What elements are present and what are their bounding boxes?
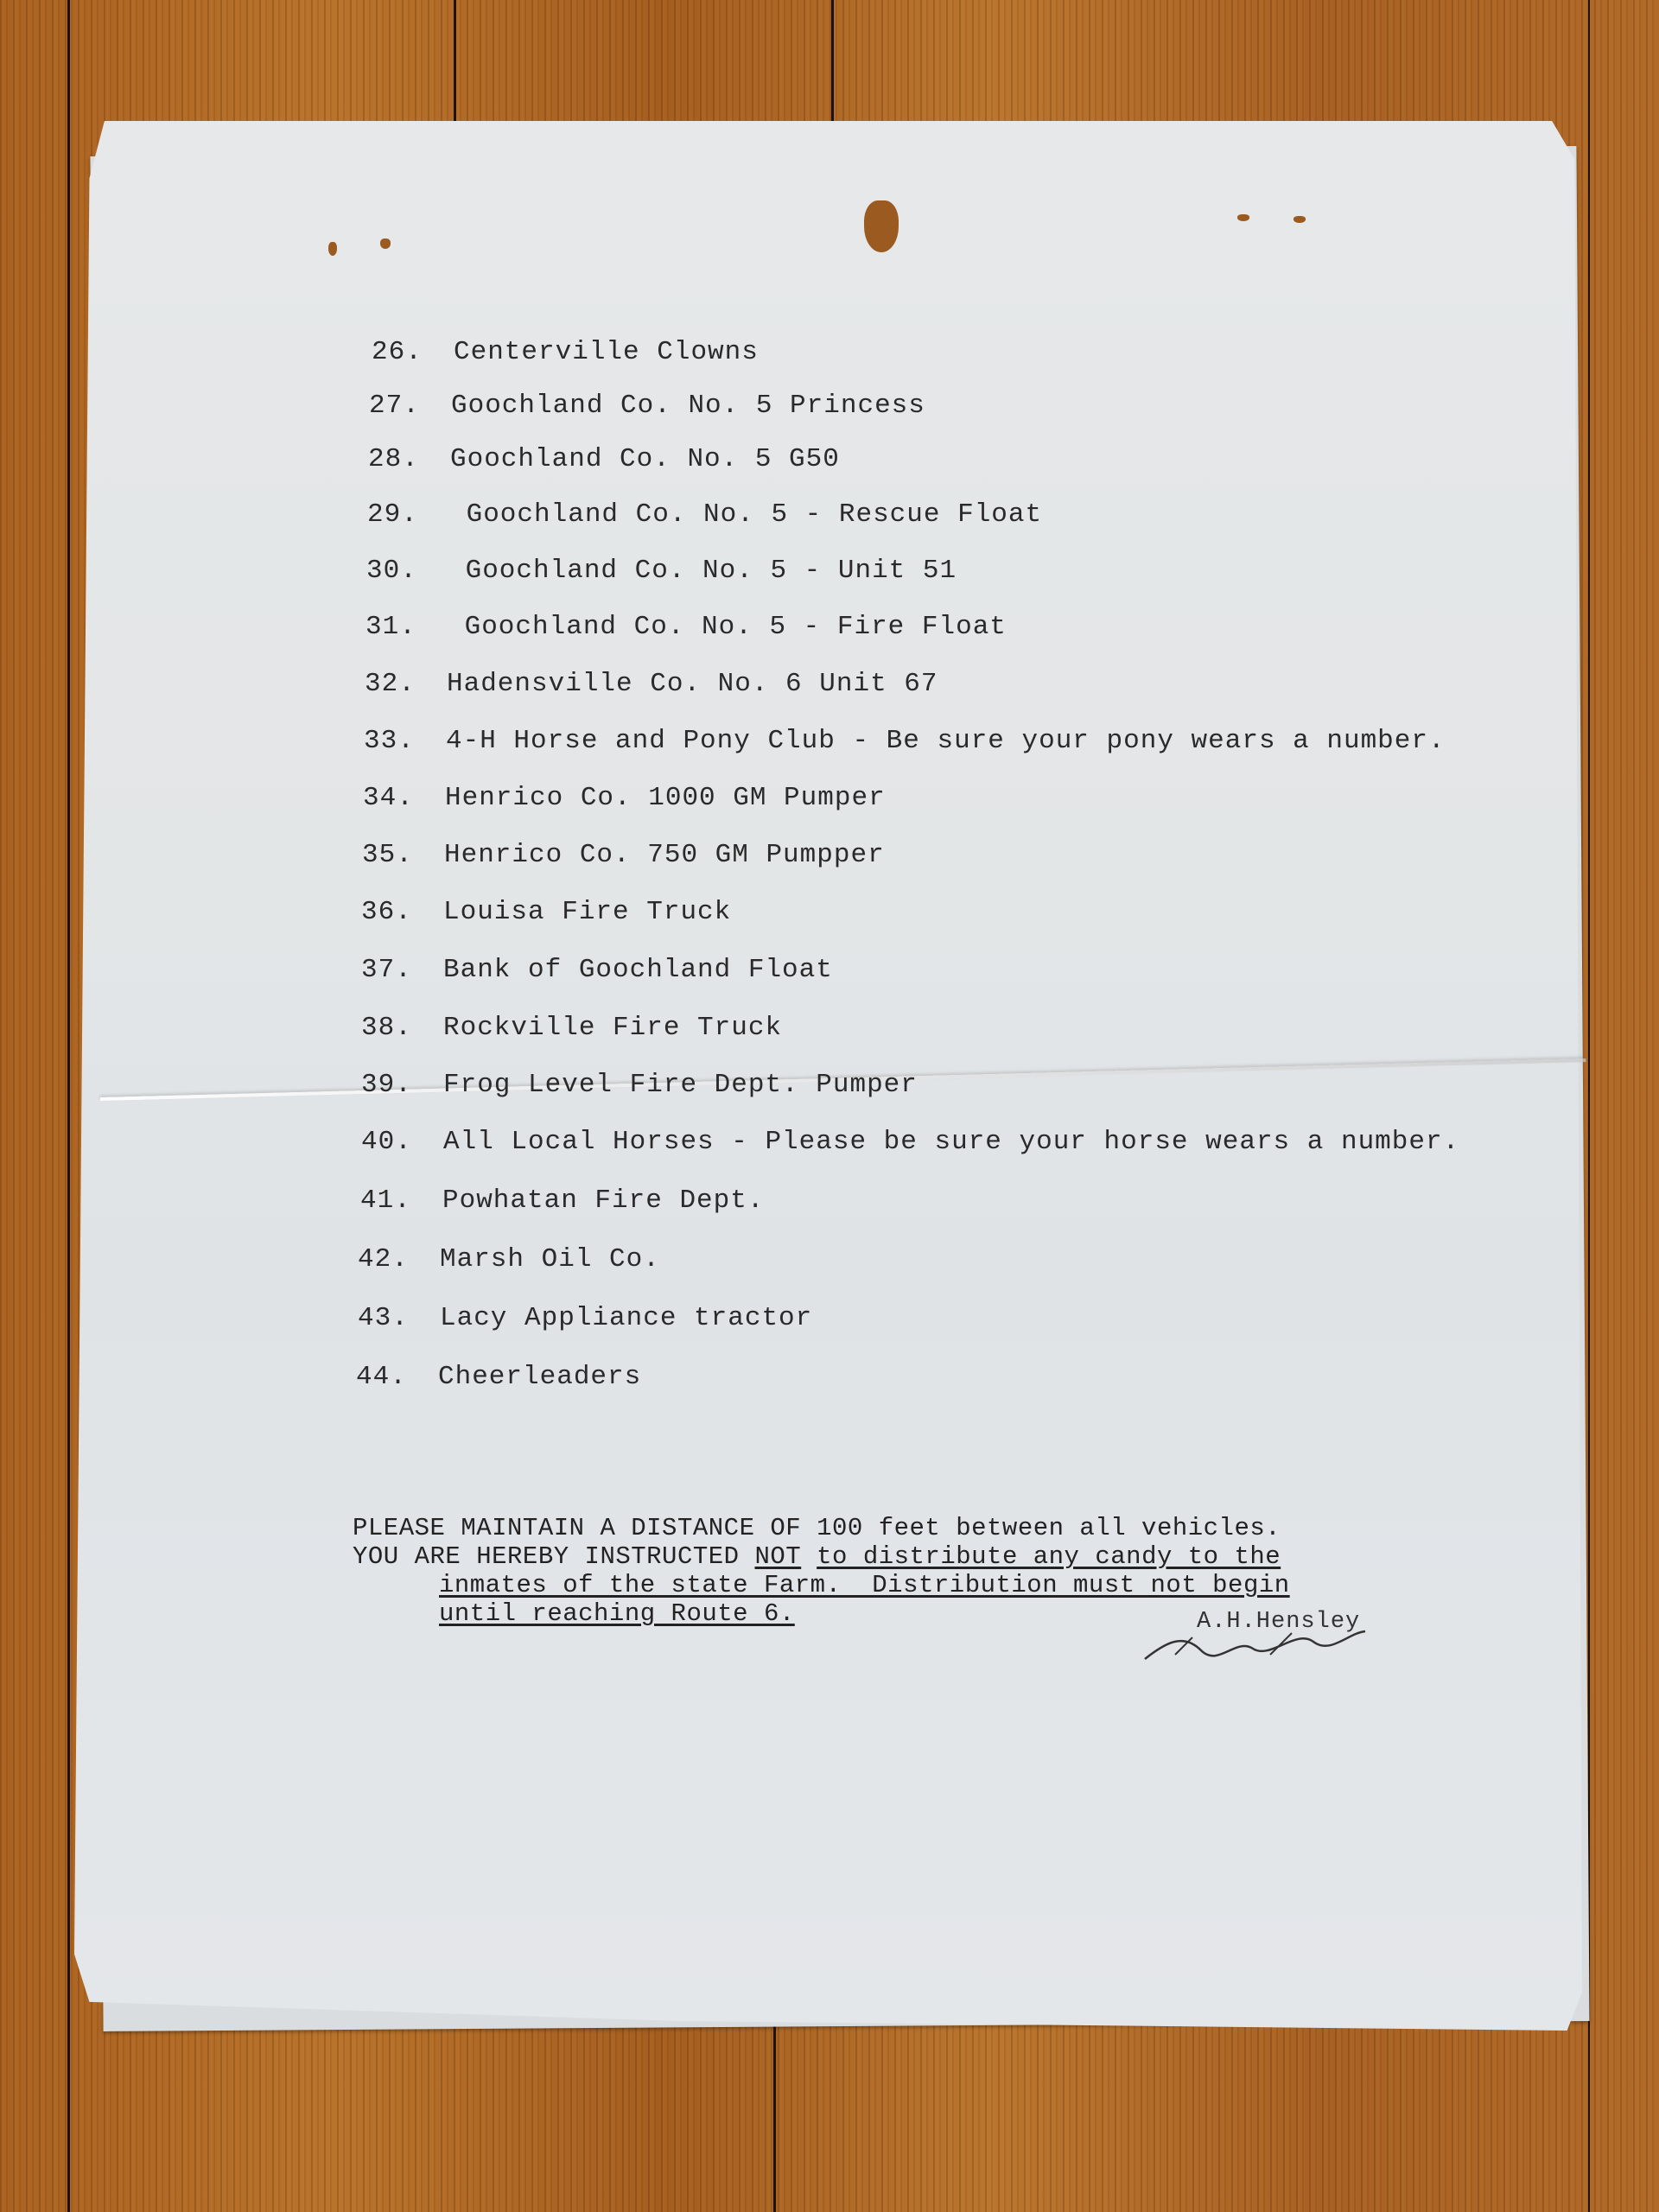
list-item: 36.Louisa Fire Truck: [361, 897, 731, 927]
list-item: 30. Goochland Co. No. 5 - Unit 51: [366, 556, 957, 586]
distribution-notice: PLEASE MAINTAIN A DISTANCE OF 100 feet b…: [353, 1514, 1290, 1628]
notice-emphasis-not: NOT: [754, 1542, 801, 1571]
notice-line-instruction: YOU ARE HEREBY INSTRUCTED NOT to distrib…: [353, 1542, 1281, 1571]
notice-line-inmates: inmates of the state Farm. Distribution …: [439, 1571, 1290, 1599]
notice-line-distance: PLEASE MAINTAIN A DISTANCE OF 100 feet b…: [353, 1514, 1281, 1542]
list-item: 40.All Local Horses - Please be sure you…: [361, 1127, 1459, 1157]
list-item: 32.Hadensville Co. No. 6 Unit 67: [365, 669, 938, 699]
list-item: 37.Bank of Goochland Float: [361, 955, 833, 985]
list-item: 38.Rockville Fire Truck: [361, 1013, 782, 1043]
paper-tear-hole: [1237, 214, 1249, 221]
handwritten-signature: [1141, 1624, 1374, 1663]
list-item: 33.4-H Horse and Pony Club - Be sure you…: [364, 726, 1446, 756]
list-item: 43.Lacy Appliance tractor: [358, 1303, 812, 1333]
list-item: 26.Centerville Clowns: [372, 337, 759, 367]
paper-tear-hole: [328, 242, 337, 256]
list-item: 42.Marsh Oil Co.: [358, 1244, 660, 1274]
floor-board-seam: [67, 0, 70, 2212]
list-item: 31. Goochland Co. No. 5 - Fire Float: [365, 612, 1007, 642]
floor-board-seam: [773, 2018, 776, 2212]
floor-board-seam: [831, 0, 834, 121]
floor-board-seam: [454, 0, 456, 121]
list-item: 39.Frog Level Fire Dept. Pumper: [361, 1070, 918, 1100]
list-item: 41.Powhatan Fire Dept.: [360, 1185, 764, 1216]
paper-tear-hole: [380, 238, 391, 249]
list-item: 29. Goochland Co. No. 5 - Rescue Float: [367, 499, 1042, 530]
paper-tear-hole: [864, 200, 899, 252]
list-item: 27.Goochland Co. No. 5 Princess: [369, 391, 925, 421]
list-item: 34.Henrico Co. 1000 GM Pumper: [363, 783, 886, 813]
notice-line-route: until reaching Route 6.: [439, 1599, 795, 1628]
list-item: 35.Henrico Co. 750 GM Pumpper: [362, 840, 885, 870]
paper-tear-hole: [1294, 216, 1306, 223]
list-item: 28.Goochland Co. No. 5 G50: [368, 444, 840, 474]
list-item: 44.Cheerleaders: [356, 1362, 641, 1392]
